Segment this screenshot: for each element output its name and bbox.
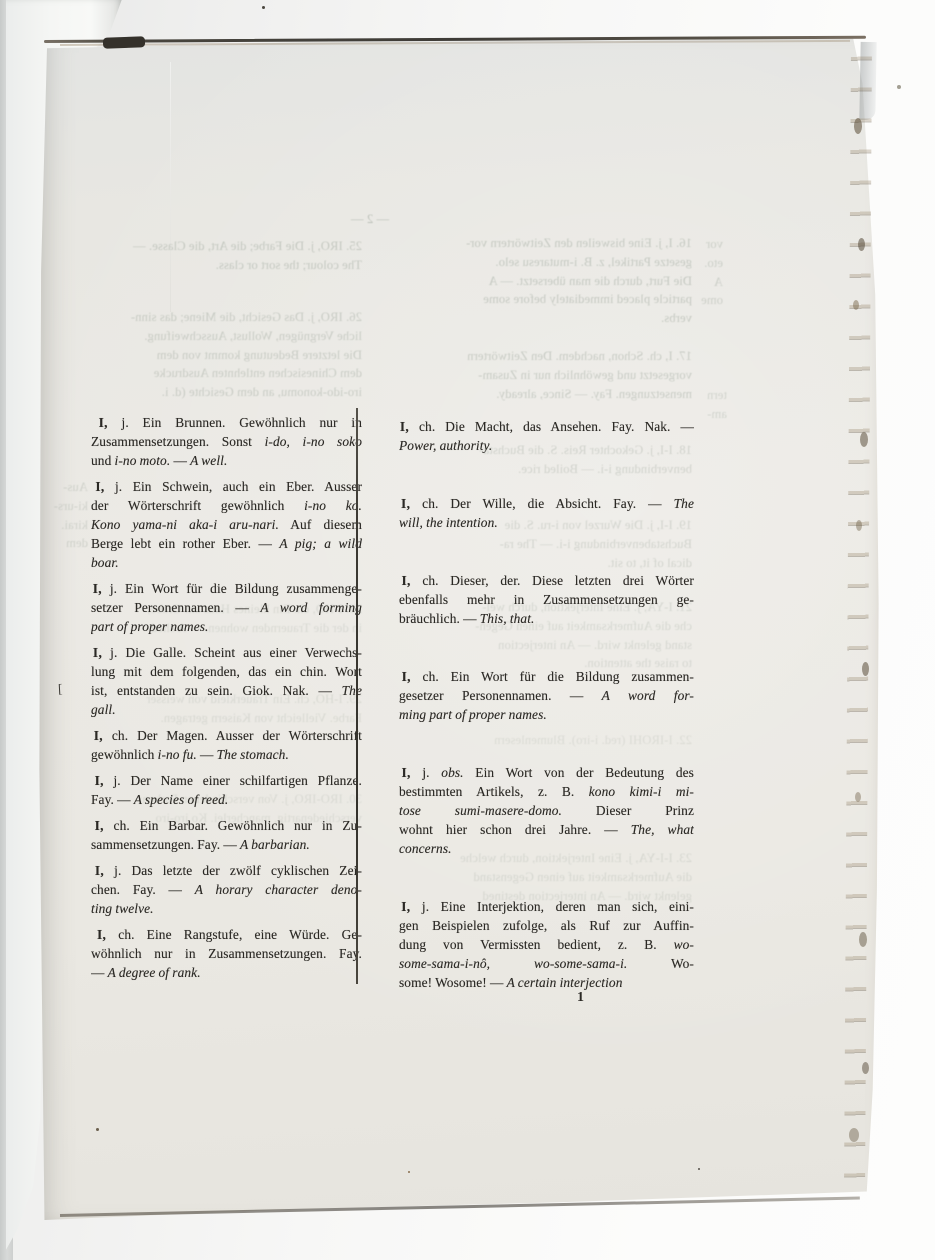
show-through-text-block: ternam- bbox=[697, 386, 727, 424]
entry-text-segment: 9. I, bbox=[91, 927, 106, 942]
entry-line: 13. I, ch. Ein Wort für die Bildung zusa… bbox=[399, 667, 694, 686]
entry-text-segment: 15. I, bbox=[399, 899, 410, 914]
show-through-line: gesetze Partikel, z. B. i-mutaresu selo. bbox=[384, 253, 692, 272]
entry-line: 14. I, j. obs. Ein Wort von der Bedeutun… bbox=[399, 763, 694, 782]
entry-text-segment: setzer Personennamen. — bbox=[91, 600, 260, 615]
edge-stain bbox=[855, 792, 861, 802]
entry-line: concerns. bbox=[399, 839, 694, 858]
entry-text-segment: boar. bbox=[91, 555, 119, 570]
entry-line: ist, entstanden zu sein. Giok. Nak. — Th… bbox=[91, 681, 362, 700]
book-photo: — 2 —25. IRO, j. Die Farbe; die Art, die… bbox=[0, 0, 935, 1260]
entry-text-segment: Zusammensetzungen. Sonst bbox=[91, 434, 265, 449]
entry-line: 9. I, ch. Eine Rangstufe, eine Würde. Ge… bbox=[91, 925, 362, 944]
dictionary-entry: 4. I, j. Die Galle. Scheint aus einer Ve… bbox=[74, 643, 362, 719]
entry-text-segment: j. Der Name einer schilfartigen Pflanze. bbox=[104, 773, 362, 788]
dictionary-entry: 9. I, ch. Eine Rangstufe, eine Würde. Ge… bbox=[74, 925, 362, 982]
entry-text-segment: A horary character deno- bbox=[195, 882, 362, 897]
show-through-line: 17. I, ch. Schon, nachdem. Den Zeitwörte… bbox=[384, 347, 692, 366]
entry-line: sammensetzungen. Fay. — A barbarian. bbox=[91, 835, 362, 854]
show-through-line: A bbox=[697, 273, 723, 292]
entry-text-segment: A barbarian. bbox=[240, 837, 310, 852]
show-through-text-block: voreto.Aome bbox=[697, 235, 723, 310]
entry-text-segment: gewöhnlich bbox=[91, 747, 158, 762]
entry-text-segment: der Wörterschrift gewöhnlich bbox=[91, 498, 304, 513]
show-through-line: particle placed immediately before some bbox=[384, 290, 692, 309]
show-through-text-block: 16. I, j. Eine bisweilen den Zeitwörtern… bbox=[384, 234, 692, 328]
entry-text-segment: A well. bbox=[190, 453, 227, 468]
dictionary-entry: 10. I, ch. Die Macht, das Ansehen. Fay. … bbox=[372, 417, 694, 455]
entry-text-segment: lung mit dem folgenden, das ein chin. Wo… bbox=[91, 664, 362, 679]
entry-line: und i-no moto. — A well. bbox=[91, 451, 362, 470]
entry-line: tose sumi-masere-domo. Dieser Prinz bbox=[399, 801, 694, 820]
entry-text-segment: A degree of rank. bbox=[108, 965, 201, 980]
entry-text-segment: Auf diesem bbox=[279, 517, 362, 532]
entry-line: gewöhnlich i-no fu. — The stomach. bbox=[91, 745, 362, 764]
entry-line: 6. I, j. Der Name einer schilfartigen Pf… bbox=[91, 771, 362, 790]
entry-text-segment: The bbox=[342, 683, 362, 698]
entry-text-segment: Berge lebt ein rother Eber. — bbox=[91, 536, 279, 551]
show-through-line: ome bbox=[697, 291, 723, 310]
edge-stain bbox=[853, 300, 859, 310]
show-through-line: 26. IRO, j. Das Gesicht, die Miene; das … bbox=[62, 308, 362, 327]
entry-line: part of proper names. bbox=[91, 617, 362, 636]
show-through-line: — 2 — bbox=[325, 210, 415, 229]
entry-text-segment: A pig; a wild bbox=[279, 536, 362, 551]
entry-text-segment: j. Eine Interjektion, deren man sich, ei… bbox=[410, 899, 694, 914]
dictionary-entry: 13. I, ch. Ein Wort für die Bildung zusa… bbox=[372, 667, 694, 724]
entry-text-segment: wo- bbox=[674, 937, 694, 952]
entry-line: wohnt hier schon drei Jahre. — The, what bbox=[399, 820, 694, 839]
entry-text-segment: will, the intention. bbox=[399, 515, 498, 530]
show-through-line: dem Chinesischen entlehnten Ausdrucke bbox=[62, 364, 362, 383]
entry-line: some-sama-i-nô, wo-some-sama-i. Wo- bbox=[399, 954, 694, 973]
column-divider-rule bbox=[356, 408, 358, 984]
entry-line: will, the intention. bbox=[399, 513, 694, 532]
dictionary-entry: 8. I, j. Das letzte der zwölf cyklischen… bbox=[74, 861, 362, 918]
entry-text-segment: j. Das letzte der zwölf cyklischen Zei- bbox=[104, 863, 362, 878]
entry-line: Power, authority. bbox=[399, 436, 694, 455]
edge-stain bbox=[854, 118, 862, 134]
dictionary-column-right: 10. I, ch. Die Macht, das Ansehen. Fay. … bbox=[372, 417, 694, 1031]
entry-line: Zusammensetzungen. Sonst i-do, i-no soko bbox=[91, 432, 362, 451]
edge-stain bbox=[862, 1062, 869, 1074]
entry-text-segment: 3. I, bbox=[91, 581, 102, 596]
entry-text-segment: j. Die Galle. Scheint aus einer Verwechs… bbox=[102, 645, 362, 660]
show-through-line: 16. I, j. Eine bisweilen den Zeitwörtern… bbox=[384, 234, 692, 253]
entry-text-segment: some-sama-i-nô, wo-some-sama-i. bbox=[399, 956, 627, 971]
entry-text-segment: The, what bbox=[631, 822, 694, 837]
entry-text-segment: A species of reed. bbox=[134, 792, 229, 807]
paper-speck bbox=[897, 85, 901, 89]
entry-line: 12. I, ch. Dieser, der. Diese letzten dr… bbox=[399, 571, 694, 590]
entry-text-segment: ming part of proper names. bbox=[399, 707, 547, 722]
entry-text-segment: 14. I, bbox=[399, 765, 411, 780]
entry-text-segment: i-no moto. bbox=[115, 453, 171, 468]
entry-text-segment: bestimmten Artikels, z. B. bbox=[399, 784, 589, 799]
edge-stain bbox=[858, 238, 865, 251]
entry-text-segment: 13. I, bbox=[399, 669, 411, 684]
entry-text-segment: Kono yama-ni aka-i aru-nari. bbox=[91, 517, 279, 532]
signature-mark: 1 bbox=[577, 990, 584, 1006]
entry-line: 10. I, ch. Die Macht, das Ansehen. Fay. … bbox=[399, 417, 694, 436]
entry-line: 8. I, j. Das letzte der zwölf cyklischen… bbox=[91, 861, 362, 880]
entry-text-segment: 12. I, bbox=[399, 573, 411, 588]
entry-text-segment: ch. Dieser, der. Diese letzten drei Wört… bbox=[411, 573, 694, 588]
dictionary-entry: 3. I, j. Ein Wort für die Bildung zusamm… bbox=[74, 579, 362, 636]
entry-text-segment: Dieser Prinz bbox=[562, 803, 694, 818]
entry-line: 1. I, j. Ein Brunnen. Gewöhnlich nur in bbox=[91, 413, 362, 432]
entry-text-segment: wohnt hier schon drei Jahre. — bbox=[399, 822, 631, 837]
entry-text-segment: Ein Wort von der Bedeutung des bbox=[464, 765, 694, 780]
entry-line: gall. bbox=[91, 700, 362, 719]
paper-speck bbox=[96, 1128, 99, 1131]
show-through-line: vorgesetzt und gewöhnlich nur in Zusam- bbox=[384, 366, 692, 385]
entry-text-segment: Power, authority. bbox=[399, 438, 492, 453]
show-through-text-block: — 2 — bbox=[325, 210, 415, 229]
entry-line: boar. bbox=[91, 553, 362, 572]
dictionary-entry: 7. I, ch. Ein Barbar. Gewöhnlich nur in … bbox=[74, 816, 362, 854]
entry-text-segment: The stomach. bbox=[217, 747, 289, 762]
entry-line: Berge lebt ein rother Eber. — A pig; a w… bbox=[91, 534, 362, 553]
entry-line: der Wörterschrift gewöhnlich i-no ko. bbox=[91, 496, 362, 515]
entry-text-segment: bräuchlich. — bbox=[399, 611, 480, 626]
show-through-line: am- bbox=[697, 405, 727, 424]
entry-line: 5. I, ch. Der Magen. Ausser der Wörtersc… bbox=[91, 726, 362, 745]
entry-text-segment: 7. I, bbox=[91, 818, 104, 833]
entry-line: chen. Fay. — A horary character deno- bbox=[91, 880, 362, 899]
entry-text-segment: j. Ein Schwein, auch ein Eber. Ausser bbox=[104, 479, 362, 494]
entry-text-segment: — bbox=[170, 453, 190, 468]
dictionary-entry: 5. I, ch. Der Magen. Ausser der Wörtersc… bbox=[74, 726, 362, 764]
show-through-line: tern bbox=[697, 386, 727, 405]
entry-text-segment: A word forming bbox=[260, 600, 362, 615]
dictionary-entry: 6. I, j. Der Name einer schilfartigen Pf… bbox=[74, 771, 362, 809]
entry-text-segment: part of proper names. bbox=[91, 619, 209, 634]
show-through-text-block: 17. I, ch. Schon, nachdem. Den Zeitwörte… bbox=[384, 347, 692, 403]
entry-line: Kono yama-ni aka-i aru-nari. Auf diesem bbox=[91, 515, 362, 534]
entry-text-segment: ch. Die Macht, das Ansehen. Fay. Nak. — bbox=[409, 419, 694, 434]
edge-stain bbox=[859, 932, 867, 947]
entry-text-segment: 10. I, bbox=[399, 419, 409, 434]
entry-text-segment: ting twelve. bbox=[91, 901, 154, 916]
dictionary-entry: 11. I, ch. Der Wille, die Absicht. Fay. … bbox=[372, 494, 694, 532]
entry-text-segment: gall. bbox=[91, 702, 116, 717]
paper-speck bbox=[408, 1171, 410, 1173]
entry-text-segment: i-do, i-no soko bbox=[265, 434, 362, 449]
entry-text-segment: 2. I, bbox=[91, 479, 104, 494]
entry-text-segment: chen. Fay. — bbox=[91, 882, 195, 897]
entry-line: gen Beispielen zufolge, als Ruf zur Auff… bbox=[399, 916, 694, 935]
dictionary-entry: 14. I, j. obs. Ein Wort von der Bedeutun… bbox=[372, 763, 694, 858]
show-through-line: The colour; the sort or class. bbox=[70, 256, 362, 275]
entry-text-segment: ebenfalls mehr in Zusammensetzungen ge- bbox=[399, 592, 694, 607]
edge-stain bbox=[856, 520, 862, 531]
show-through-line: iro-ido-konomu, an dem Gesichte (d. i. bbox=[62, 383, 362, 402]
dictionary-entry: 1. I, j. Ein Brunnen. Gewöhnlich nur inZ… bbox=[74, 413, 362, 470]
entry-text-segment: some! Wosome! — bbox=[399, 975, 507, 990]
entry-line: wöhnlich nur in Zusammensetzungen. Fay. bbox=[91, 944, 362, 963]
entry-text-segment: j. Ein Brunnen. Gewöhnlich nur in bbox=[108, 415, 362, 430]
show-through-line: Die letztere Bedeutung kommt von dem bbox=[62, 346, 362, 365]
entry-text-segment: Wo- bbox=[627, 956, 694, 971]
margin-ink-mark: [ bbox=[58, 681, 63, 697]
entry-text-segment: A word for- bbox=[602, 688, 694, 703]
entry-line: ting twelve. bbox=[91, 899, 362, 918]
entry-line: some! Wosome! — A certain interjection bbox=[399, 973, 694, 992]
show-through-text-block: 26. IRO, j. Das Gesicht, die Miene; das … bbox=[62, 308, 362, 402]
entry-text-segment: 1. I, bbox=[91, 415, 108, 430]
entry-text-segment: j. Ein Wort für die Bildung zusammenge- bbox=[102, 581, 362, 596]
entry-text-segment: Fay. — bbox=[91, 792, 134, 807]
entry-line: 3. I, j. Ein Wort für die Bildung zusamm… bbox=[91, 579, 362, 598]
entry-text-segment: gesetzer Personennamen. — bbox=[399, 688, 602, 703]
paper-speck bbox=[262, 6, 265, 9]
entry-text-segment: dung von Vermissten bedient, z. B. bbox=[399, 937, 674, 952]
entry-line: 15. I, j. Eine Interjektion, deren man s… bbox=[399, 897, 694, 916]
page-top-corner-notch bbox=[103, 36, 145, 48]
entry-text-segment: und bbox=[91, 453, 115, 468]
show-through-text-block: 25. IRO, j. Die Farbe; die Art, die Clas… bbox=[70, 237, 362, 275]
entry-text-segment: j. bbox=[411, 765, 442, 780]
entry-text-segment: 5. I, bbox=[91, 728, 103, 743]
entry-text-segment: 8. I, bbox=[91, 863, 104, 878]
entry-text-segment: i-no ko. bbox=[304, 498, 362, 513]
show-through-line: verbs. bbox=[384, 309, 692, 328]
entry-text-segment: 11. I, bbox=[399, 496, 410, 511]
entry-line: setzer Personennamen. — A word forming bbox=[91, 598, 362, 617]
entry-text-segment: ch. Eine Rangstufe, eine Würde. Ge- bbox=[106, 927, 362, 942]
entry-text-segment: ist, entstanden zu sein. Giok. Nak. — bbox=[91, 683, 342, 698]
entry-text-segment: obs. bbox=[441, 765, 463, 780]
entry-line: ming part of proper names. bbox=[399, 705, 694, 724]
entry-text-segment: This, that. bbox=[480, 611, 535, 626]
entry-line: 7. I, ch. Ein Barbar. Gewöhnlich nur in … bbox=[91, 816, 362, 835]
entry-text-segment: ch. Ein Barbar. Gewöhnlich nur in Zu- bbox=[104, 818, 362, 833]
entry-text-segment: — bbox=[91, 965, 108, 980]
edge-stain bbox=[862, 662, 869, 676]
entry-text-segment: gen Beispielen zufolge, als Ruf zur Auff… bbox=[399, 918, 694, 933]
entry-line: bräuchlich. — This, that. bbox=[399, 609, 694, 628]
paper-speck bbox=[698, 1168, 700, 1170]
entry-text-segment: 4. I, bbox=[91, 645, 102, 660]
entry-line: — A degree of rank. bbox=[91, 963, 362, 982]
edge-stain bbox=[849, 1128, 859, 1142]
entry-text-segment: ch. Ein Wort für die Bildung zusammen- bbox=[411, 669, 694, 684]
show-through-line: mensetzungen. Fay. — Since, already. bbox=[384, 385, 692, 404]
entry-text-segment: A certain interjection bbox=[507, 975, 623, 990]
show-through-line: Die Furt, durch die man übersetzt. — A bbox=[384, 272, 692, 291]
show-through-line: eto. bbox=[697, 254, 723, 273]
entry-line: Fay. — A species of reed. bbox=[91, 790, 362, 809]
dictionary-entry: 12. I, ch. Dieser, der. Diese letzten dr… bbox=[372, 571, 694, 628]
entry-text-segment: ch. Der Magen. Ausser der Wörterschrift bbox=[103, 728, 362, 743]
entry-line: 4. I, j. Die Galle. Scheint aus einer Ve… bbox=[91, 643, 362, 662]
dictionary-column-left: 1. I, j. Ein Brunnen. Gewöhnlich nur inZ… bbox=[74, 413, 362, 989]
dictionary-entry: 15. I, j. Eine Interjektion, deren man s… bbox=[372, 897, 694, 992]
edge-stain bbox=[860, 432, 868, 447]
entry-line: ebenfalls mehr in Zusammensetzungen ge- bbox=[399, 590, 694, 609]
entry-line: bestimmten Artikels, z. B. kono kimi-i m… bbox=[399, 782, 694, 801]
entry-line: gesetzer Personennamen. — A word for- bbox=[399, 686, 694, 705]
show-through-line: 25. IRO, j. Die Farbe; die Art, die Clas… bbox=[70, 237, 362, 256]
entry-line: lung mit dem folgenden, das ein chin. Wo… bbox=[91, 662, 362, 681]
entry-text-segment: 6. I, bbox=[91, 773, 104, 788]
entry-text-segment: tose sumi-masere-domo. bbox=[399, 803, 562, 818]
dictionary-entry: 2. I, j. Ein Schwein, auch ein Eber. Aus… bbox=[74, 477, 362, 572]
show-through-line: liche Vergnügen, Wollust, Ausschweifung. bbox=[62, 327, 362, 346]
entry-text-segment: The bbox=[674, 496, 694, 511]
entry-line: 11. I, ch. Der Wille, die Absicht. Fay. … bbox=[399, 494, 694, 513]
entry-text-segment: i-no fu. bbox=[158, 747, 197, 762]
entry-line: dung von Vermissten bedient, z. B. wo- bbox=[399, 935, 694, 954]
entry-text-segment: kono kimi-i mi- bbox=[589, 784, 694, 799]
entry-text-segment: sammensetzungen. Fay. — bbox=[91, 837, 240, 852]
entry-text-segment: — bbox=[197, 747, 217, 762]
show-through-line: vor bbox=[697, 235, 723, 254]
entry-text-segment: concerns. bbox=[399, 841, 452, 856]
entry-line: 2. I, j. Ein Schwein, auch ein Eber. Aus… bbox=[91, 477, 362, 496]
entry-text-segment: wöhnlich nur in Zusammensetzungen. Fay. bbox=[91, 946, 362, 961]
entry-text-segment: ch. Der Wille, die Absicht. Fay. — bbox=[410, 496, 673, 511]
